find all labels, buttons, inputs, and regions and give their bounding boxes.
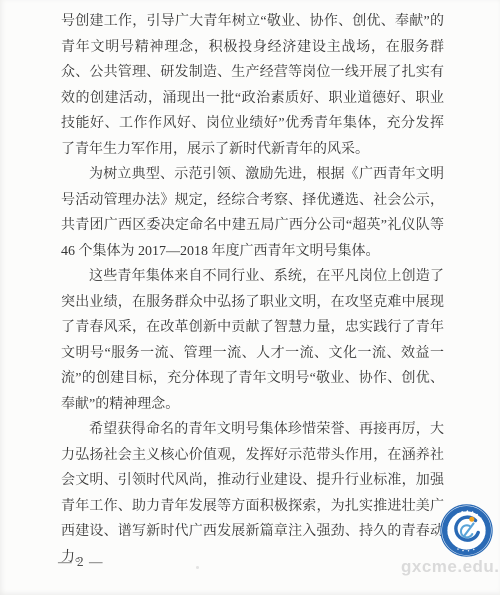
body-paragraph: 为树立典型、示范引领、激励先进，根据《广西青年文明号活动管理办法》规定，经综合考… bbox=[61, 162, 444, 264]
document-body: 号创建工作，引导广大青年树立“敬业、协作、创优、奉献”的青年文明号精神理念，积极… bbox=[61, 9, 444, 570]
scan-speck bbox=[196, 566, 199, 569]
document-page: 号创建工作，引导广大青年树立“敬业、协作、创优、奉献”的青年文明号精神理念，积极… bbox=[0, 0, 500, 595]
site-watermark: gxcme.edu.cn bbox=[401, 557, 500, 577]
logo-orange-dot bbox=[469, 517, 474, 522]
page-number: — 2 — bbox=[58, 554, 104, 570]
body-paragraph: 这些青年集体来自不同行业、系统，在平凡岗位上创造了突出业绩，在服务群众中弘扬了职… bbox=[61, 264, 444, 417]
body-paragraph: 希望获得命名的青年文明号集体珍惜荣誉、再接再厉，大力弘扬社会主义核心价值观，发挥… bbox=[61, 417, 444, 570]
school-logo-icon bbox=[440, 504, 493, 557]
body-paragraph: 号创建工作，引导广大青年树立“敬业、协作、创优、奉献”的青年文明号精神理念，积极… bbox=[61, 9, 444, 162]
